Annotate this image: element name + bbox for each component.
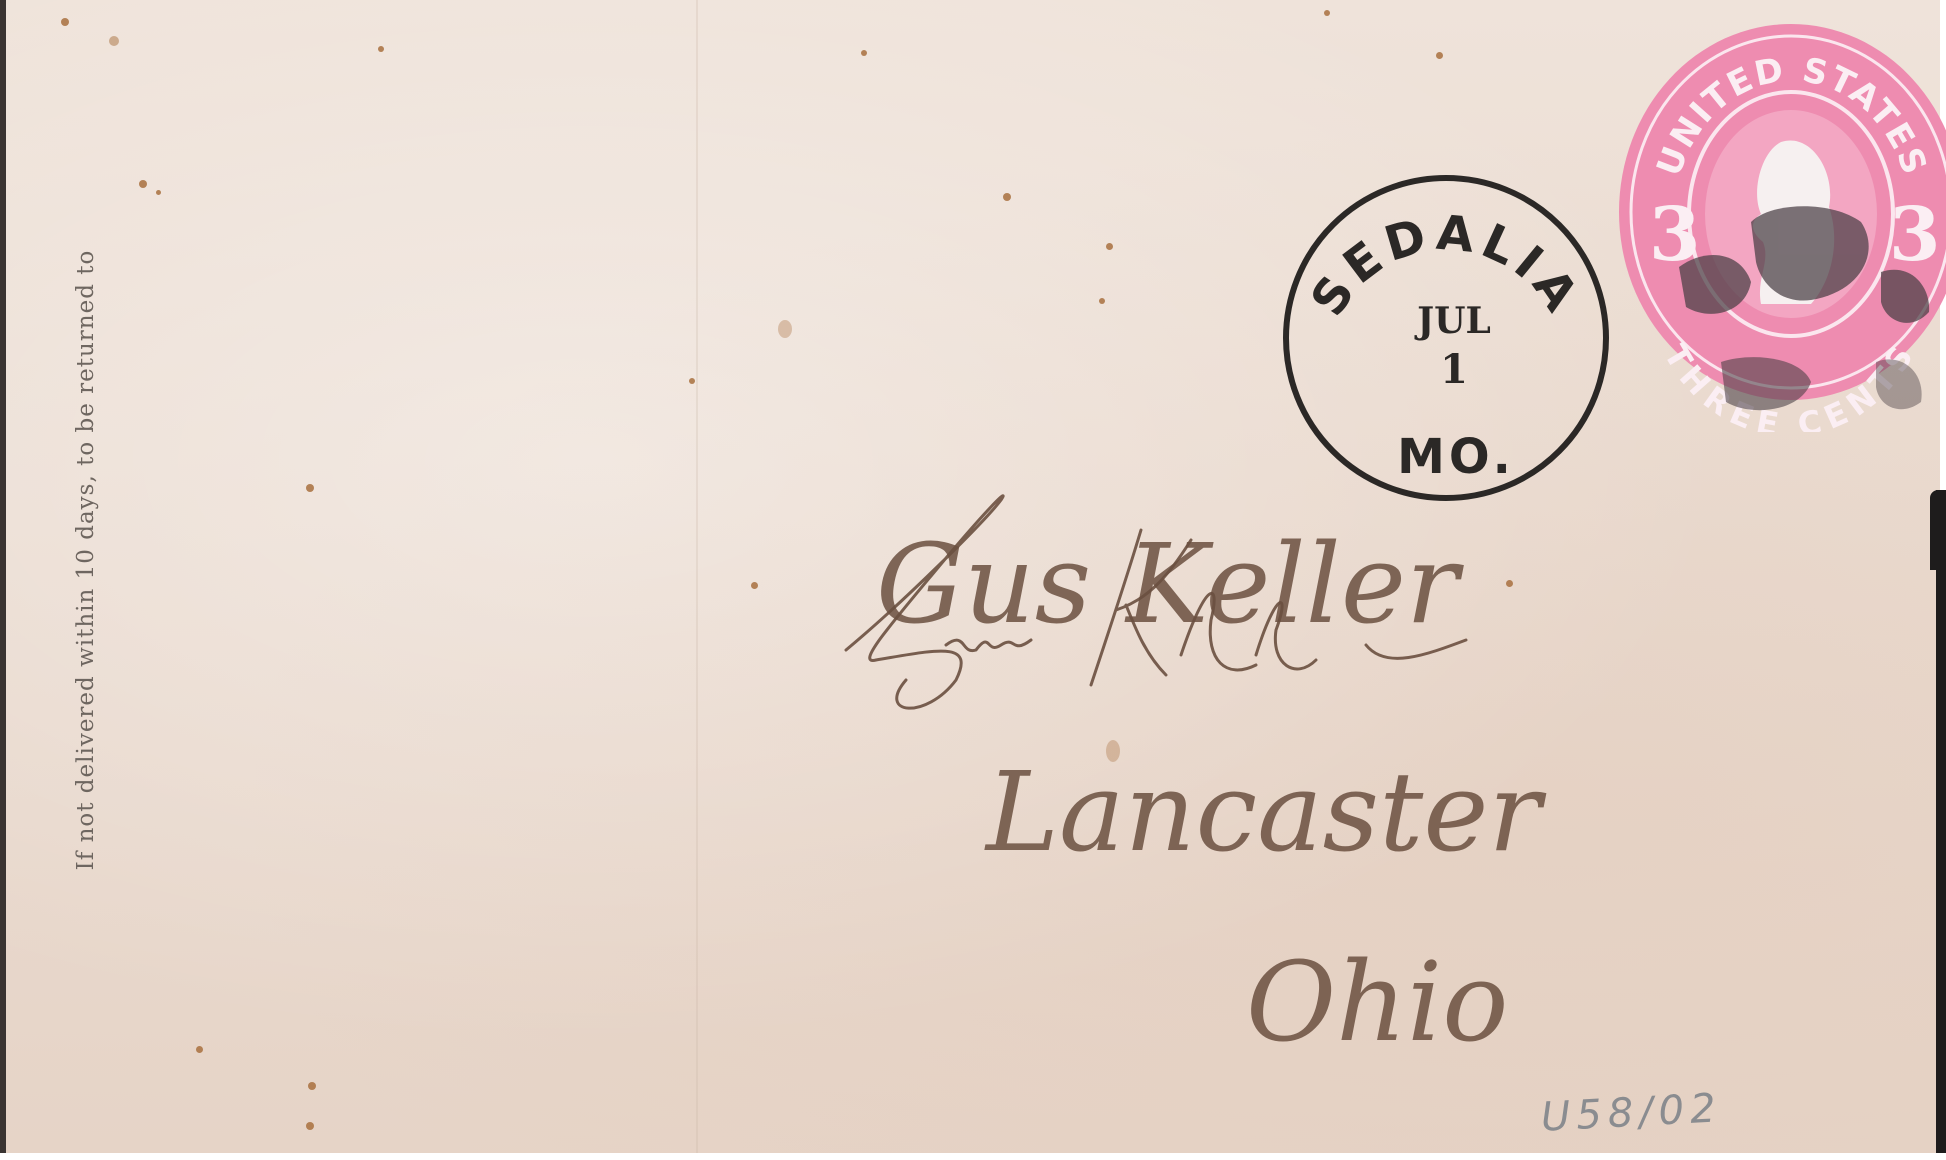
svg-text:JUL: JUL bbox=[1414, 300, 1491, 342]
svg-text:1: 1 bbox=[1440, 346, 1468, 393]
postmark: SEDALIA MO. JUL 1 bbox=[1276, 168, 1616, 508]
foxing-spot bbox=[139, 180, 147, 188]
foxing-spot bbox=[156, 190, 161, 195]
foxing-spot bbox=[689, 378, 695, 384]
address-city: Lancaster bbox=[984, 748, 1547, 876]
foxing-spot bbox=[751, 582, 758, 589]
envelope: If not delivered within 10 days, to be r… bbox=[0, 0, 1940, 1153]
foxing-spot bbox=[308, 1082, 316, 1090]
foxing-spot bbox=[196, 1046, 203, 1053]
return-instruction-text: If not delivered within 10 days, to be r… bbox=[73, 250, 99, 871]
right-edge-tear bbox=[1930, 490, 1946, 570]
svg-text:MO.: MO. bbox=[1397, 429, 1515, 485]
foxing-spot bbox=[1106, 243, 1113, 250]
foxing-spot bbox=[1436, 52, 1443, 59]
foxing-spot bbox=[109, 36, 119, 46]
foxing-spot bbox=[1099, 298, 1105, 304]
foxing-spot bbox=[861, 50, 867, 56]
foxing-spot bbox=[306, 1122, 314, 1130]
foxing-spot bbox=[378, 46, 384, 52]
foxing-spot bbox=[1003, 193, 1011, 201]
foxing-spot bbox=[1324, 10, 1330, 16]
svg-text:3: 3 bbox=[1889, 192, 1941, 278]
address-state: Ohio bbox=[1246, 938, 1508, 1066]
address-name: Gus Keller bbox=[876, 520, 1459, 648]
foxing-spot bbox=[306, 484, 314, 492]
foxing-spot bbox=[778, 320, 792, 338]
embossed-stamp: UNITED STATES THREE CENTS 3 3 bbox=[1611, 22, 1946, 432]
foxing-spot bbox=[61, 18, 69, 26]
paper-fold-line bbox=[696, 0, 698, 1153]
right-edge-shadow bbox=[1936, 490, 1946, 1153]
pencil-catalog-note: U58/02 bbox=[1540, 1085, 1723, 1140]
